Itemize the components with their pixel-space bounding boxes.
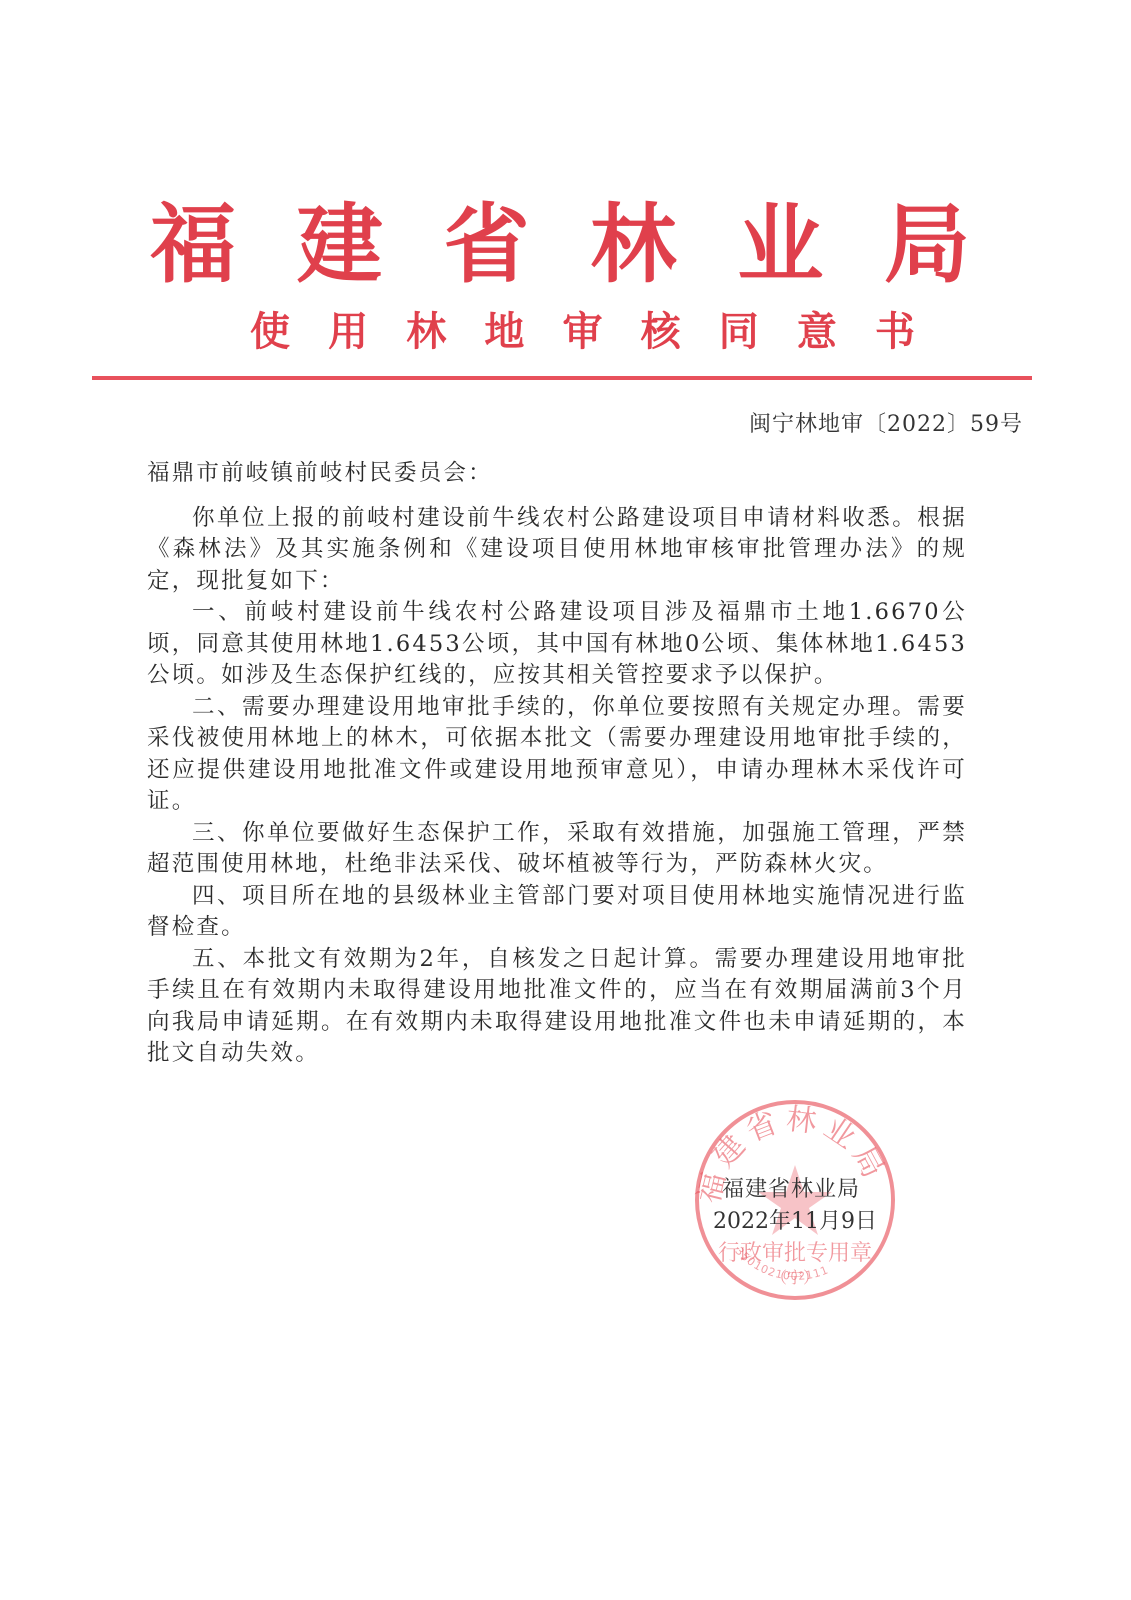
org-title-char: 福 [150, 195, 236, 295]
subtitle-char: 核 [641, 302, 681, 362]
body-paragraph: 你单位上报的前岐村建设前牛线农村公路建设项目申请材料收悉。根据《森林法》及其实施… [147, 503, 967, 598]
subtitle-char: 意 [797, 302, 837, 362]
document-subtitle: 使 用 林 地 审 核 同 意 书 [250, 302, 915, 362]
body-paragraph: 一、前岐村建设前牛线农村公路建设项目涉及福鼎市土地1.6670公顷，同意其使用林… [147, 597, 967, 692]
org-title: 福 建 省 林 业 局 [150, 195, 970, 295]
header-divider [92, 376, 1032, 380]
signature-org: 福建省林业局 [722, 1175, 860, 1205]
subtitle-char: 书 [875, 302, 915, 362]
org-title-char: 省 [444, 195, 530, 295]
org-title-char: 林 [590, 195, 676, 295]
body-paragraph: 三、你单位要做好生态保护工作，采取有效措施，加强施工管理，严禁超范围使用林地，杜… [147, 818, 967, 881]
subtitle-char: 审 [563, 302, 603, 362]
document-number: 闽宁林地审〔2022〕59号 [749, 407, 1023, 443]
subtitle-char: 同 [719, 302, 759, 362]
subtitle-char: 林 [406, 302, 446, 362]
subtitle-char: 使 [250, 302, 290, 362]
body-paragraph: 二、需要办理建设用地审批手续的，你单位要按照有关规定办理。需要采伐被使用林地上的… [147, 692, 967, 818]
body-paragraph: 四、项目所在地的县级林业主管部门要对项目使用林地实施情况进行监督检查。 [147, 881, 967, 944]
addressee: 福鼎市前岐镇前岐村民委员会： [147, 458, 967, 490]
subtitle-char: 地 [484, 302, 524, 362]
document-page: 福 建 省 林 业 局 使 用 林 地 审 核 同 意 书 闽宁林地审〔2022… [0, 0, 1131, 1600]
document-body: 福鼎市前岐镇前岐村民委员会： 你单位上报的前岐村建设前牛线农村公路建设项目申请材… [147, 458, 967, 1070]
org-title-char: 局 [884, 195, 970, 295]
subtitle-char: 用 [328, 302, 368, 362]
org-title-char: 业 [737, 195, 823, 295]
body-paragraph: 五、本批文有效期为2年，自核发之日起计算。需要办理建设用地审批手续且在有效期内未… [147, 944, 967, 1070]
signature-date: 2022年11月9日 [713, 1207, 877, 1237]
org-title-char: 建 [297, 195, 383, 295]
